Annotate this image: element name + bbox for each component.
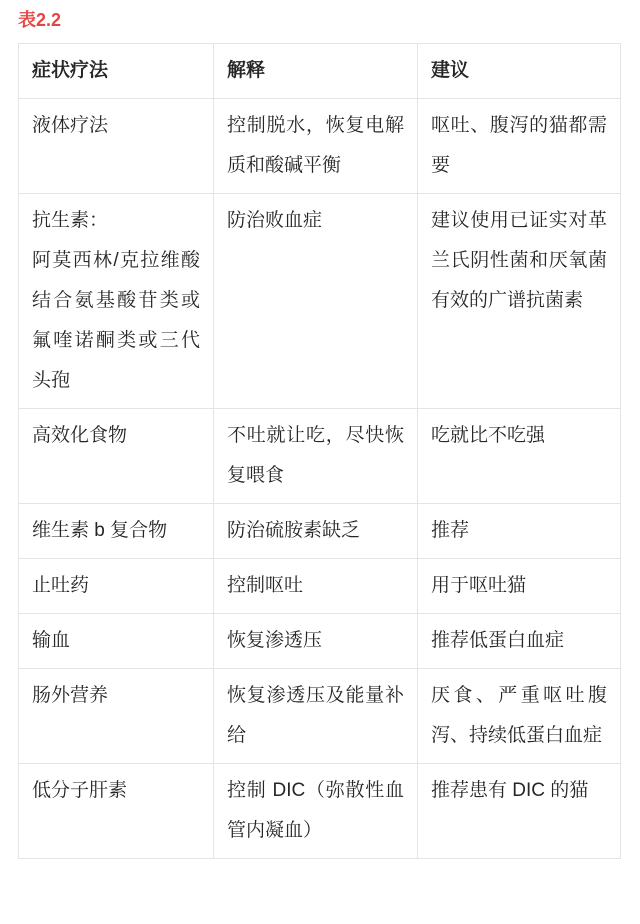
cell-explanation: 控制呕吐 [214, 559, 418, 614]
cell-advice: 推荐低蛋白血症 [418, 614, 621, 669]
document-page: 表2.2 症状疗法 解释 建议 液体疗法 控制脱水，恢复电解质和酸碱平衡 呕吐、… [0, 0, 640, 859]
cell-explanation: 控制 DIC（弥散性血管内凝血） [214, 764, 418, 859]
cell-therapy: 维生素 b 复合物 [19, 504, 214, 559]
cell-advice: 推荐患有 DIC 的猫 [418, 764, 621, 859]
cell-therapy: 肠外营养 [19, 669, 214, 764]
header-cell-explanation: 解释 [214, 44, 418, 99]
header-cell-therapy: 症状疗法 [19, 44, 214, 99]
cell-explanation: 恢复渗透压及能量补给 [214, 669, 418, 764]
cell-advice: 建议使用已证实对革兰氏阴性菌和厌氧菌有效的广谱抗菌素 [418, 194, 621, 409]
table-row-vitamin-b: 维生素 b 复合物 防治硫胺素缺乏 推荐 [19, 504, 621, 559]
cell-explanation: 不吐就让吃，尽快恢复喂食 [214, 409, 418, 504]
cell-therapy: 高效化食物 [19, 409, 214, 504]
table-row-fluid-therapy: 液体疗法 控制脱水，恢复电解质和酸碱平衡 呕吐、腹泻的猫都需要 [19, 99, 621, 194]
cell-advice: 推荐 [418, 504, 621, 559]
cell-therapy: 止吐药 [19, 559, 214, 614]
table-row-parenteral-nutrition: 肠外营养 恢复渗透压及能量补给 厌食、严重呕吐腹泻、持续低蛋白血症 [19, 669, 621, 764]
table-row-blood-transfusion: 输血 恢复渗透压 推荐低蛋白血症 [19, 614, 621, 669]
cell-therapy: 低分子肝素 [19, 764, 214, 859]
cell-therapy: 抗生素： 阿莫西林/克拉维酸结合氨基酸苷类或氟喹诺酮类或三代头孢 [19, 194, 214, 409]
table-row-antibiotics: 抗生素： 阿莫西林/克拉维酸结合氨基酸苷类或氟喹诺酮类或三代头孢 防治败血症 建… [19, 194, 621, 409]
table-caption: 表2.2 [18, 9, 622, 31]
cell-explanation: 防治硫胺素缺乏 [214, 504, 418, 559]
symptom-therapy-table: 症状疗法 解释 建议 液体疗法 控制脱水，恢复电解质和酸碱平衡 呕吐、腹泻的猫都… [18, 43, 621, 859]
cell-explanation: 控制脱水，恢复电解质和酸碱平衡 [214, 99, 418, 194]
cell-therapy: 输血 [19, 614, 214, 669]
table-row-digestible-food: 高效化食物 不吐就让吃，尽快恢复喂食 吃就比不吃强 [19, 409, 621, 504]
cell-advice: 厌食、严重呕吐腹泻、持续低蛋白血症 [418, 669, 621, 764]
cell-advice: 吃就比不吃强 [418, 409, 621, 504]
table-row-heparin: 低分子肝素 控制 DIC（弥散性血管内凝血） 推荐患有 DIC 的猫 [19, 764, 621, 859]
cell-advice: 呕吐、腹泻的猫都需要 [418, 99, 621, 194]
cell-explanation: 恢复渗透压 [214, 614, 418, 669]
cell-explanation: 防治败血症 [214, 194, 418, 409]
header-cell-advice: 建议 [418, 44, 621, 99]
table-row-antiemetic: 止吐药 控制呕吐 用于呕吐猫 [19, 559, 621, 614]
cell-advice: 用于呕吐猫 [418, 559, 621, 614]
header-row: 症状疗法 解释 建议 [19, 44, 621, 99]
cell-therapy: 液体疗法 [19, 99, 214, 194]
